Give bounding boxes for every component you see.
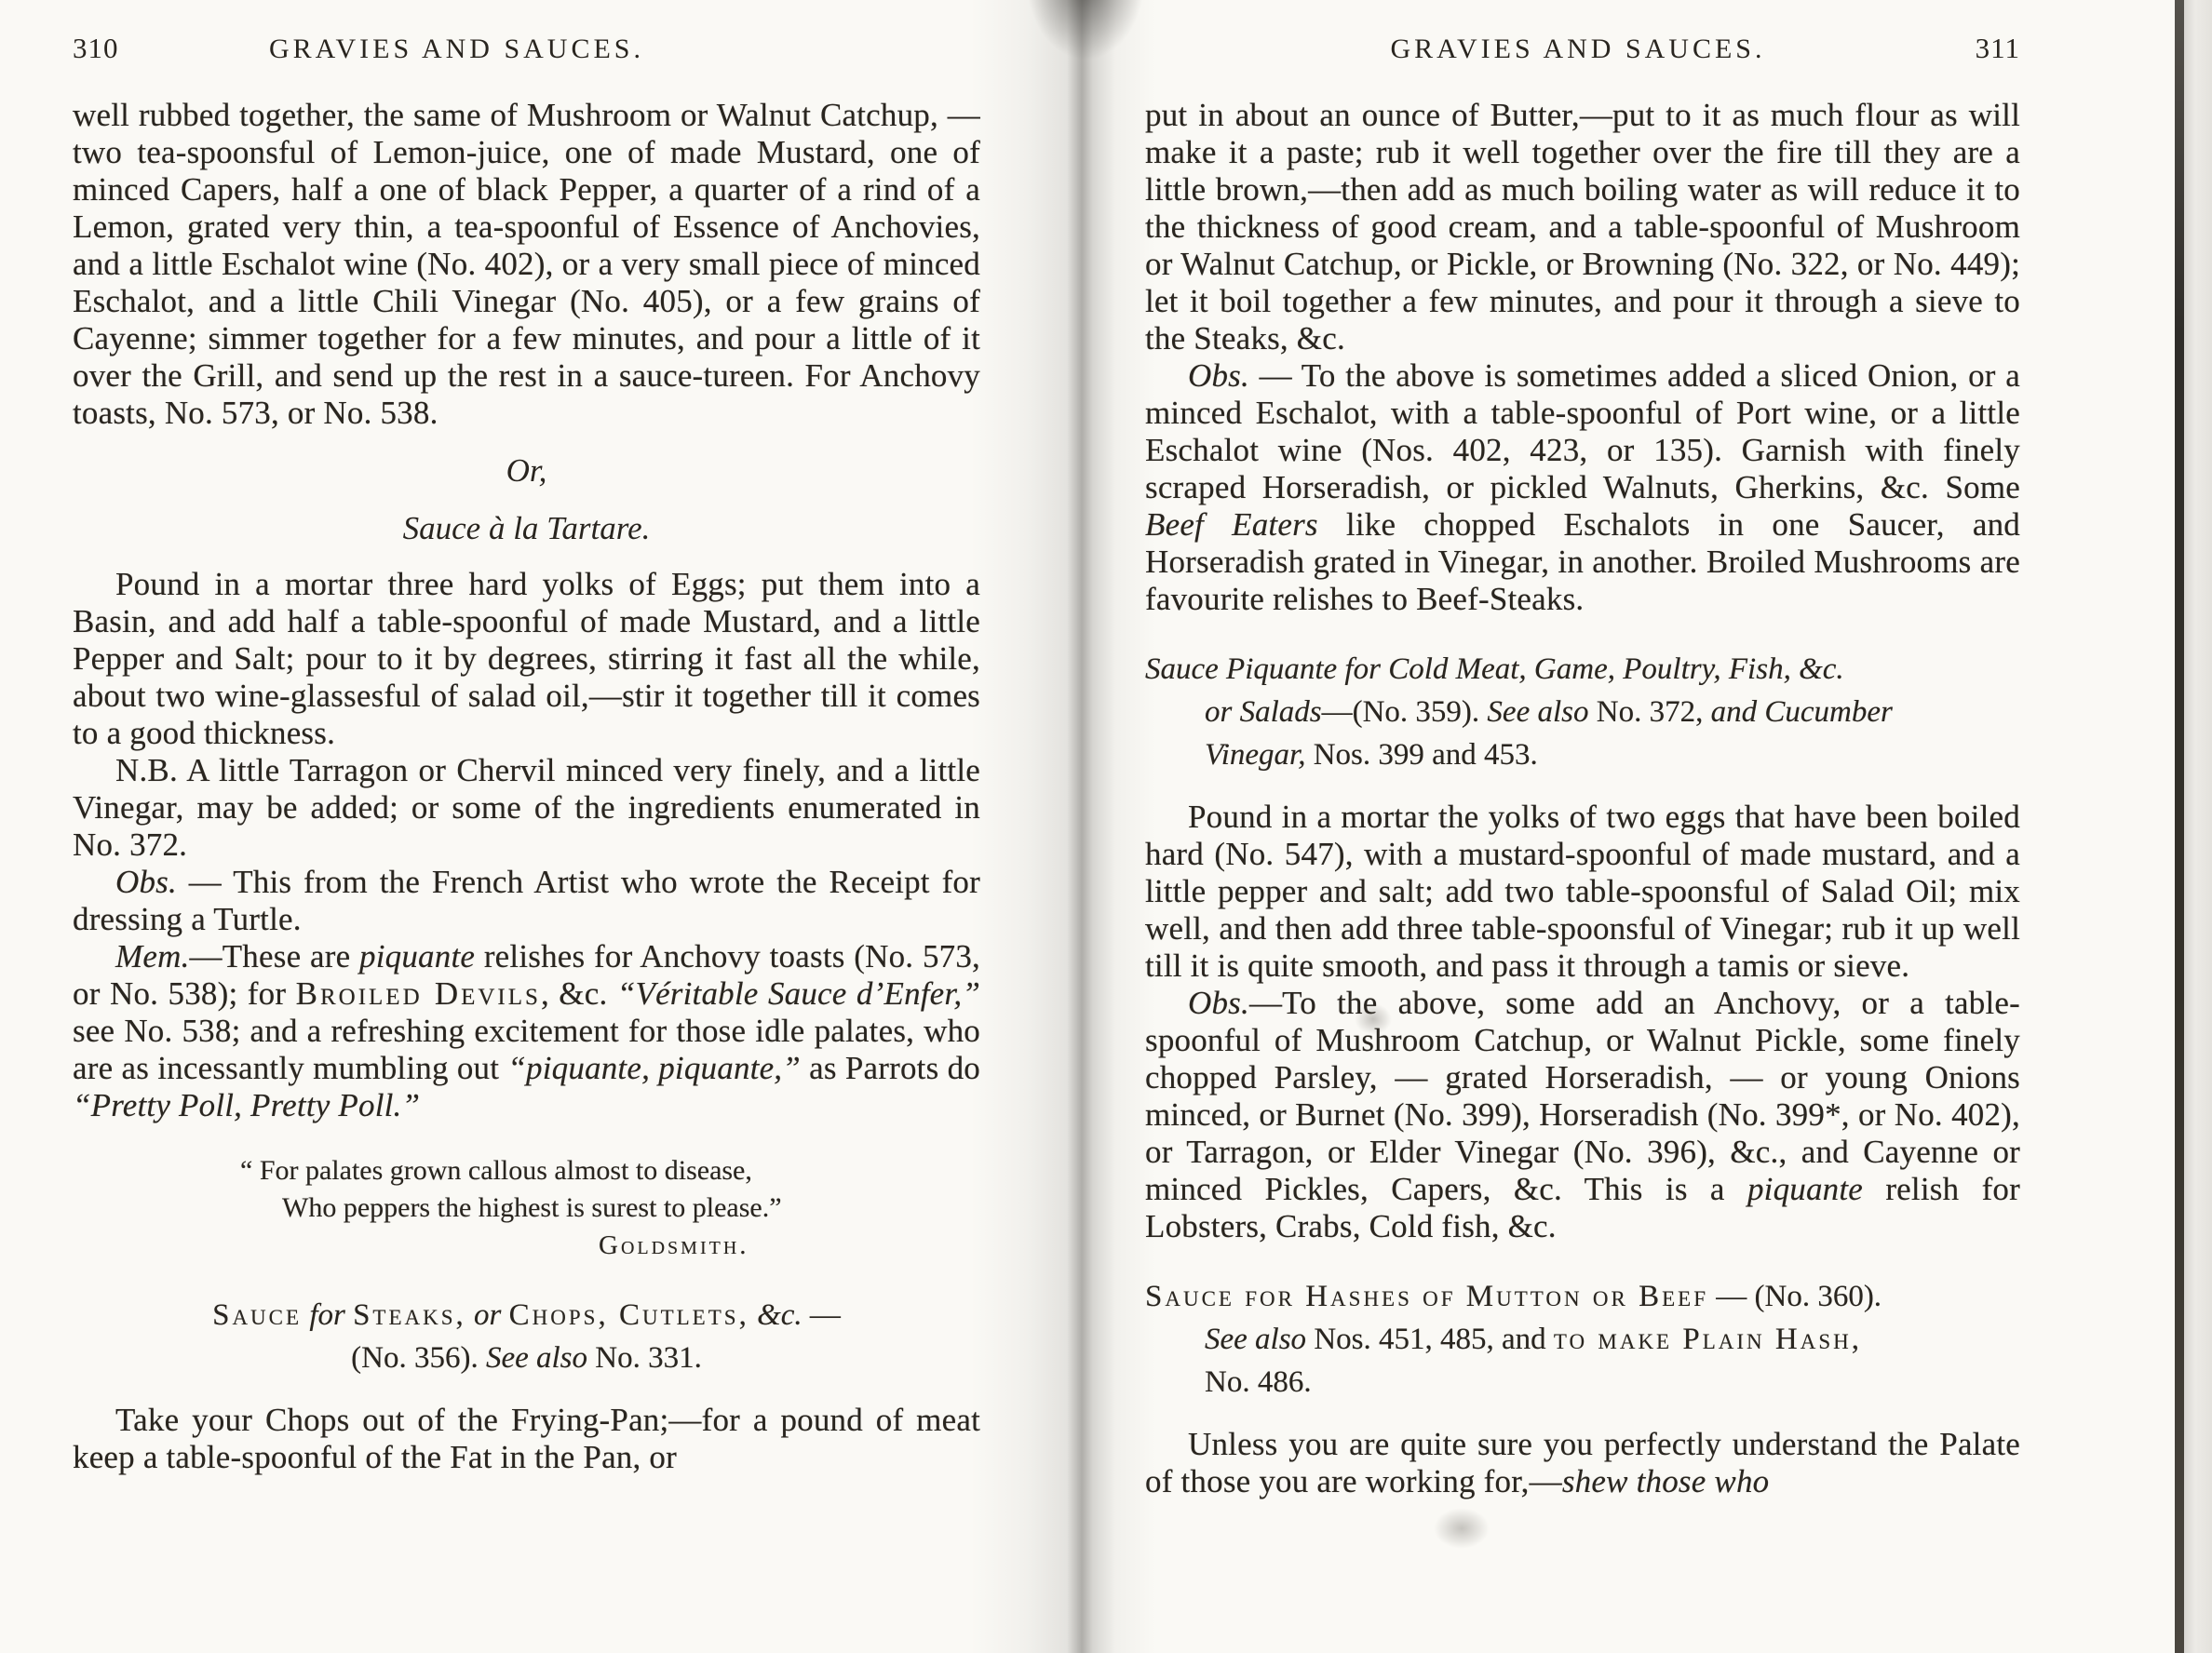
- text-run: “Pretty Poll, Pretty Poll.”: [73, 1087, 420, 1123]
- page-edge: [2175, 0, 2184, 1653]
- text-run: Beef Eaters: [1145, 506, 1318, 543]
- text-run: or: [474, 1298, 501, 1332]
- text-run: Vinegar,: [1205, 738, 1305, 772]
- text-run: or Salads: [1205, 695, 1322, 729]
- text-run: Nos. 399 and 453.: [1305, 738, 1537, 772]
- text-run: to make Plain Hash,: [1554, 1323, 1862, 1356]
- hashes-heading-line-3: No. 486.: [1145, 1361, 2020, 1404]
- piquante-heading-line-2: or Salads—(No. 359). See also No. 372, a…: [1145, 691, 2020, 733]
- text-run: piquante: [1747, 1171, 1863, 1207]
- paragraph-butter-flour-continuation: put in about an ounce of Butter,—put to …: [1145, 97, 2020, 357]
- text-run: well rubbed together, the same of Mushro…: [73, 97, 980, 431]
- hashes-heading-line-2: See also Nos. 451, 485, and to make Plai…: [1145, 1318, 2020, 1361]
- text-run: as Parrots do: [801, 1050, 980, 1086]
- steaks-chops-heading: Sauce for Steaks, or Chops, Cutlets, &c.…: [73, 1294, 980, 1379]
- text-run: put in about an ounce of Butter,—put to …: [1145, 97, 2020, 356]
- paragraph-obs-piquante-relish: Obs.—To the above, some add an Anchovy, …: [1145, 985, 2020, 1245]
- text-run: piquante: [359, 938, 475, 974]
- text-run: &c.: [757, 1298, 803, 1332]
- text-run: See also: [1487, 695, 1588, 729]
- paragraph-take-chops: Take your Chops out of the Frying-Pan;—f…: [73, 1402, 980, 1476]
- text-run: Or,: [506, 452, 547, 489]
- text-run: No. 486.: [1205, 1365, 1312, 1399]
- text-run: [501, 1298, 508, 1332]
- or-divider: Or,: [73, 452, 980, 490]
- paragraph-obs-french-artist: Obs. — This from the French Artist who w…: [73, 864, 980, 938]
- sauce-piquante-heading: Sauce Piquante for Cold Meat, Game, Poul…: [1145, 648, 2020, 776]
- piquante-heading-line-3: Vinegar, Nos. 399 and 453.: [1145, 733, 2020, 776]
- text-run: See also: [486, 1341, 587, 1375]
- text-run: [749, 1298, 757, 1332]
- text-run: —: [803, 1298, 841, 1332]
- piquante-heading-line-1: Sauce Piquante for Cold Meat, Game, Poul…: [1145, 648, 2020, 691]
- page-left: 310 GRAVIES AND SAUCES. well rubbed toge…: [73, 32, 980, 1476]
- text-run: —These are: [190, 938, 360, 974]
- tartare-heading: Sauce à la Tartare.: [73, 508, 980, 549]
- text-run: “Véritable Sauce d’Enfer,”: [617, 975, 980, 1012]
- text-run: —(No. 359).: [1322, 695, 1488, 729]
- text-run: See also: [1205, 1323, 1306, 1356]
- text-run: Pound in a mortar three hard yolks of Eg…: [73, 566, 980, 751]
- text-run: [345, 1298, 353, 1332]
- text-run: No. 331.: [587, 1341, 702, 1375]
- text-run: Obs.: [1188, 985, 1249, 1021]
- right-page-number: 311: [1936, 32, 2020, 65]
- text-run: “ For palates grown callous almost to di…: [240, 1155, 752, 1186]
- steaks-heading-line-2: (No. 356). See also No. 331.: [73, 1337, 980, 1379]
- steaks-heading-line-1: Sauce for Steaks, or Chops, Cutlets, &c.…: [73, 1294, 980, 1337]
- paragraph-pound-yolks: Pound in a mortar the yolks of two eggs …: [1145, 799, 2020, 985]
- text-run: — To the above is sometimes added a slic…: [1145, 357, 2020, 505]
- paragraph-pound-mortar: Pound in a mortar three hard yolks of Eg…: [73, 566, 980, 752]
- paragraph-obs-steak-garnish: Obs. — To the above is sometimes added a…: [1145, 357, 2020, 618]
- quote-line-1: “ For palates grown callous almost to di…: [73, 1152, 980, 1189]
- text-run: — This from the French Artist who wrote …: [73, 864, 980, 937]
- text-run: Sauce: [212, 1298, 302, 1332]
- text-run: Mem.: [115, 938, 190, 974]
- text-run: Obs.: [115, 864, 177, 900]
- text-run: shew those who: [1562, 1463, 1770, 1499]
- paragraph-unless-palate: Unless you are quite sure you perfectly …: [1145, 1426, 2020, 1500]
- hashes-heading-line-1: Sauce for Hashes of Mutton or Beef — (No…: [1145, 1275, 2020, 1318]
- text-run: Chops, Cutlets,: [509, 1298, 749, 1332]
- right-running-title: GRAVIES AND SAUCES.: [1220, 34, 1936, 65]
- paragraph-nb-tarragon: N.B. A little Tarragon or Chervil minced…: [73, 752, 980, 864]
- text-run: and Cucumber: [1711, 695, 1893, 729]
- text-run: N.B. A little Tarragon or Chervil minced…: [73, 752, 980, 863]
- text-run: Broiled Devils: [296, 975, 541, 1012]
- left-running-header: 310 GRAVIES AND SAUCES.: [73, 32, 980, 65]
- text-run: “piquante, piquante,”: [507, 1050, 801, 1086]
- left-running-title: GRAVIES AND SAUCES.: [147, 34, 766, 65]
- text-run: , &c.: [541, 975, 617, 1012]
- text-run: No. 372,: [1588, 695, 1710, 729]
- right-running-header: GRAVIES AND SAUCES. 311: [1145, 32, 2020, 65]
- hashes-mutton-heading: Sauce for Hashes of Mutton or Beef — (No…: [1145, 1275, 2020, 1404]
- text-run: Sauce Piquante for Cold Meat, Game, Poul…: [1145, 652, 1844, 686]
- text-run: (No. 356).: [351, 1341, 486, 1375]
- text-run: Sauce for Hashes of Mutton or Beef: [1145, 1280, 1708, 1313]
- paragraph-mem-piquante: Mem.—These are piquante relishes for Anc…: [73, 938, 980, 1124]
- scan-margin-strip: [2184, 0, 2212, 1653]
- text-run: Pound in a mortar the yolks of two eggs …: [1145, 799, 2020, 984]
- text-run: Sauce à la Tartare.: [403, 510, 651, 546]
- text-run: Goldsmith.: [599, 1230, 749, 1260]
- quote-line-2: Who peppers the highest is surest to ple…: [73, 1189, 980, 1227]
- left-page-number: 310: [73, 32, 147, 65]
- paragraph-grill-sauce-continuation: well rubbed together, the same of Mushro…: [73, 97, 980, 432]
- text-run: Who peppers the highest is surest to ple…: [282, 1192, 782, 1223]
- text-run: Nos. 451, 485, and: [1306, 1323, 1554, 1356]
- text-run: [466, 1298, 474, 1332]
- text-run: — (No. 360).: [1708, 1280, 1882, 1313]
- quote-attribution: Goldsmith.: [73, 1227, 980, 1264]
- text-run: for: [309, 1298, 345, 1332]
- text-run: Steaks,: [353, 1298, 466, 1332]
- goldsmith-verse-quote: “ For palates grown callous almost to di…: [73, 1152, 980, 1264]
- text-run: Obs.: [1188, 357, 1249, 394]
- page-right: GRAVIES AND SAUCES. 311 put in about an …: [1145, 32, 2020, 1500]
- text-run: Take your Chops out of the Frying-Pan;—f…: [73, 1402, 980, 1475]
